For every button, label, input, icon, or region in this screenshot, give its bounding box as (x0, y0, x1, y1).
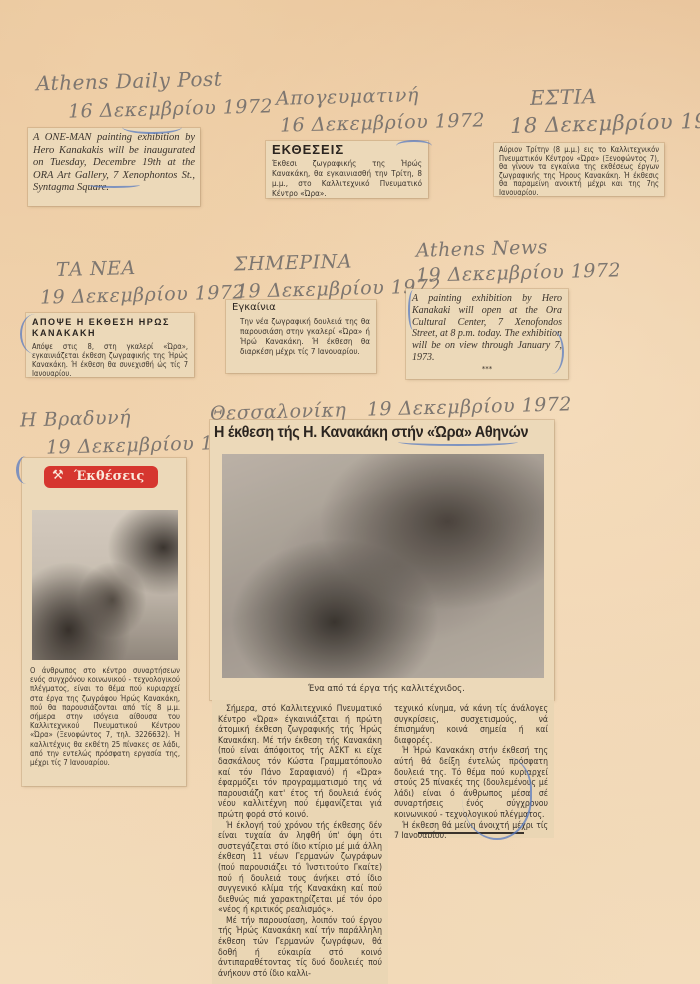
clipping-headline: ΕΚΘΕΣΕΙΣ (272, 143, 422, 156)
news-clipping-thessaloniki-article-col2: τεχνικό κίνημα, νά κάνη τίς άνάλογες συγ… (388, 700, 554, 838)
clipping-body: Απόψε στις 8, στη γκαλερί «Ώρα», εγκαινι… (32, 342, 188, 377)
news-clipping-vradyni: ⚒ Έκθέσεις Ο άνθρωπος στο κέντρο συναρτή… (22, 458, 186, 786)
news-clipping-thessaloniki-headline-photo: Η έκθεση τής Η. Κανακάκη στήν «Ώρα» Αθην… (210, 420, 554, 700)
handwritten-source-label: Απογευματινή (276, 84, 419, 110)
news-clipping-apogevmatini: ΕΚΘΕΣΕΙΣ Έκθεσι ζωγραφικής της Ήρώς Κανα… (266, 141, 428, 198)
handwritten-date-label: 16 Δεκεμβρίου 1972 (280, 109, 486, 136)
easel-icon: ⚒ (52, 468, 64, 483)
clipping-body: A ONE-MAN painting exhibition by Hero Ka… (33, 132, 195, 195)
handwritten-date: 19 Δεκεμβρίου 1972 (367, 393, 573, 420)
clipping-headline: ΑΠΟΨΕ Η ΕΚΘΕΣΗ ΗΡΩΣ ΚΑΝΑΚΑΚΗ (32, 317, 188, 339)
news-clipping-simerina: Εγκαίνια Την νέα ζωγραφική δουλειά της θ… (226, 300, 376, 373)
section-banner: ⚒ Έκθέσεις (44, 466, 158, 488)
handwritten-date-label: 19 Δεκεμβρίου 1972 (416, 259, 622, 286)
news-clipping-estia: Αύριον Τρίτην (8 μ.μ.) εις το Καλλιτεχνι… (494, 143, 664, 196)
banner-label: Έκθέσεις (74, 469, 144, 484)
news-clipping-ta-nea: ΑΠΟΨΕ Η ΕΚΘΕΣΗ ΗΡΩΣ ΚΑΝΑΚΑΚΗ Απόψε στις … (26, 313, 194, 377)
clipping-body: A painting exhibition by Hero Kanakaki w… (412, 293, 562, 364)
article-column-2: τεχνικό κίνημα, νά κάνη τίς άνάλογες συγ… (394, 704, 548, 746)
article-column-2b: Ή Ήρώ Κανακάκη στήν έκθεσή της αύτή θά δ… (394, 746, 548, 820)
handwritten-source-label: ΣΗΜΕΡΙΝΑ (234, 250, 353, 275)
news-clipping-thessaloniki-article: Σήμερα, στό Καλλιτεχνικό Πνευματικό Κέντ… (212, 700, 388, 984)
article-column-1c: Μέ τήν παρουσίαση, λοιπόν τού έργου τής … (218, 916, 382, 980)
clipping-body: Την νέα ζωγραφική δουλειά της θα παρουσι… (232, 317, 370, 357)
handwritten-date-label: 19 Δεκεμβρίου 1972 (40, 281, 246, 308)
article-column-1: Σήμερα, στό Καλλιτεχνικό Πνευματικό Κέντ… (218, 704, 382, 821)
handwritten-source-label: Athens Daily Post (36, 68, 223, 95)
news-clipping-athens-daily-post: A ONE-MAN painting exhibition by Hero Ka… (28, 128, 200, 206)
clipping-headline: Εγκαίνια (232, 302, 370, 313)
article-column-2c: Ή έκθεση θά μείνη άνοιχτή μέχρι τίς 7 Ια… (394, 821, 548, 838)
clipping-body: Αύριον Τρίτην (8 μ.μ.) εις το Καλλιτεχνι… (499, 146, 659, 196)
handwritten-source-label: Η Βραδυνή (20, 407, 132, 432)
handwritten-source-label: Athens News (416, 236, 548, 261)
handwritten-date-label: 18 Δεκεμβρίου 1972 (510, 109, 700, 137)
clipping-footer-ornament: *** (412, 365, 562, 373)
article-end-rule (418, 832, 524, 834)
article-column-1b: Ή έκλογή τού χρόνου τής έκθεσης δέν είνα… (218, 821, 382, 916)
photo-caption: Ένα από τά έργα τής καλλιτέχνιδος. (308, 684, 465, 694)
handwritten-date-label: 16 Δεκεμβρίου 1972 (68, 95, 274, 122)
handwritten-source-label: ΕΣΤΙΑ (530, 85, 597, 109)
clipping-headline: Η έκθεση τής Η. Κανακάκη στήν «Ώρα» Αθην… (214, 424, 528, 442)
clipping-body: Έκθεσι ζωγραφικής της Ήρώς Κανακάκη, θα … (272, 159, 422, 198)
clipping-body: Ο άνθρωπος στο κέντρο συναρτήσεων ενός σ… (30, 666, 180, 767)
clipping-photo-artist-hands (32, 510, 178, 660)
clipping-photo-painting-reclining-figure (222, 454, 544, 678)
handwritten-source-label: ΤΑ ΝΕΑ (56, 257, 136, 281)
news-clipping-athens-news: A painting exhibition by Hero Kanakaki w… (406, 289, 568, 379)
